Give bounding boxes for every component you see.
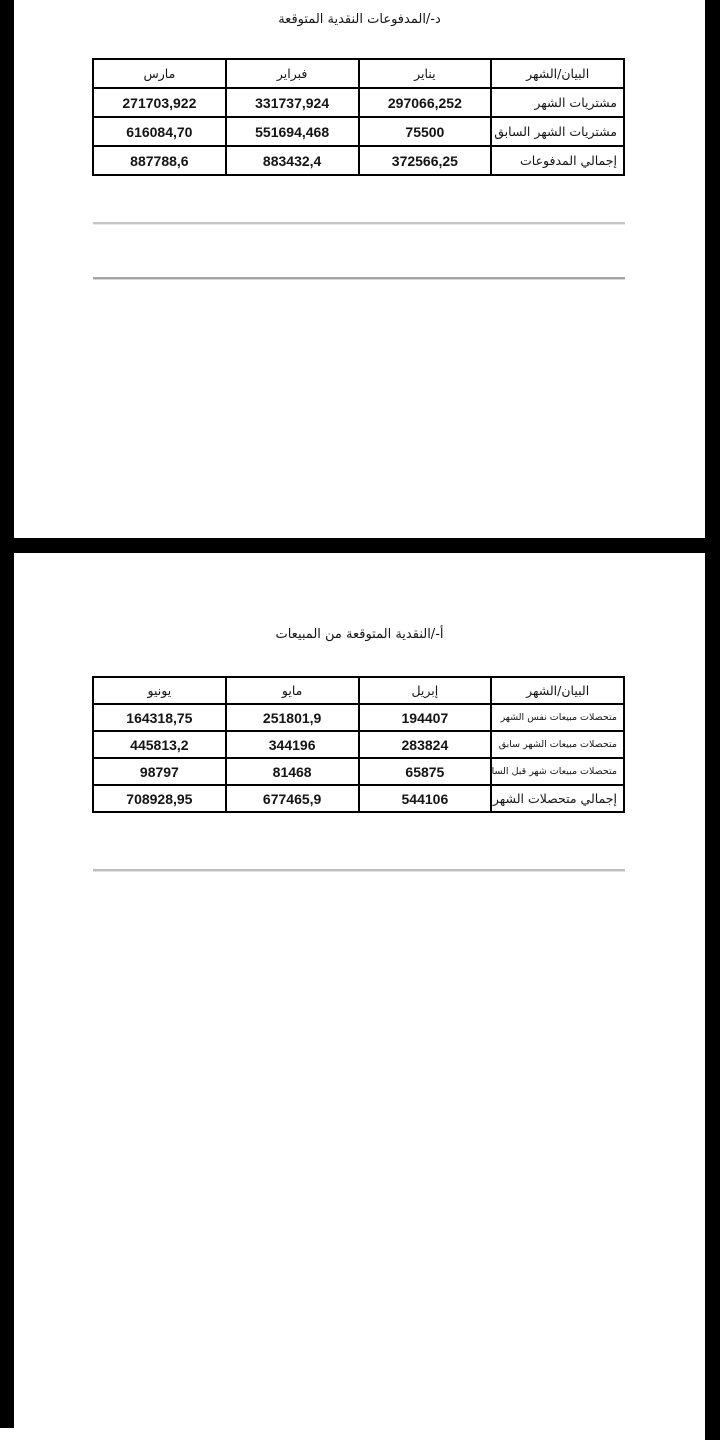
value-cell: 551694,468 — [226, 117, 359, 146]
header-cell-march: مارس — [93, 59, 226, 88]
table-header-row: البيان/الشهر إبريل مايو يونيو — [93, 677, 624, 704]
value-cell: 251801,9 — [226, 704, 359, 731]
row-label-cell: متحصلات مبيعات نفس الشهر — [491, 704, 624, 731]
row-label-cell: مشتريات الشهر السابق — [491, 117, 624, 146]
value-cell: 75500 — [359, 117, 492, 146]
value-cell: 544106 — [359, 785, 492, 812]
value-cell: 708928,95 — [93, 785, 226, 812]
value-cell: 65875 — [359, 758, 492, 785]
header-cell-february: فبراير — [226, 59, 359, 88]
row-label-cell: متحصلات مبيعات الشهر سابق — [491, 731, 624, 758]
page-1-title: د-/المدفوعات النقدية المتوقعة — [14, 12, 705, 27]
page-2: أ-/النقدية المتوقعة من المبيعات البيان/ا… — [14, 553, 705, 1440]
document-viewport: { "pages": [ { "title": "د-/المدفوعات ال… — [0, 0, 720, 1440]
table-row: إجمالي المدفوعات 372566,25 883432,4 8877… — [93, 146, 624, 175]
horizontal-rule — [93, 869, 625, 872]
expected-cash-from-sales-table: البيان/الشهر إبريل مايو يونيو متحصلات مب… — [92, 676, 625, 813]
header-cell-may: مايو — [226, 677, 359, 704]
horizontal-rule — [93, 222, 625, 225]
value-cell: 887788,6 — [93, 146, 226, 175]
value-cell: 616084,70 — [93, 117, 226, 146]
row-label-cell: إجمالي متحصلات الشهر — [491, 785, 624, 812]
table-row: مشتريات الشهر 297066,252 331737,924 2717… — [93, 88, 624, 117]
value-cell: 283824 — [359, 731, 492, 758]
value-cell: 677465,9 — [226, 785, 359, 812]
table-row: متحصلات مبيعات الشهر سابق 283824 344196 … — [93, 731, 624, 758]
header-cell-june: يونيو — [93, 677, 226, 704]
value-cell: 344196 — [226, 731, 359, 758]
bottom-left-notch — [0, 1428, 14, 1440]
header-cell-april: إبريل — [359, 677, 492, 704]
value-cell: 271703,922 — [93, 88, 226, 117]
row-label-cell: متحصلات مبيعات شهر قبل السابق — [491, 758, 624, 785]
header-cell-statement-month: البيان/الشهر — [491, 677, 624, 704]
value-cell: 164318,75 — [93, 704, 226, 731]
table-row: إجمالي متحصلات الشهر 544106 677465,9 708… — [93, 785, 624, 812]
page-1: د-/المدفوعات النقدية المتوقعة البيان/الش… — [14, 0, 705, 538]
value-cell: 372566,25 — [359, 146, 492, 175]
value-cell: 194407 — [359, 704, 492, 731]
row-label-cell: إجمالي المدفوعات — [491, 146, 624, 175]
value-cell: 98797 — [93, 758, 226, 785]
value-cell: 445813,2 — [93, 731, 226, 758]
value-cell: 297066,252 — [359, 88, 492, 117]
value-cell: 81468 — [226, 758, 359, 785]
row-label-cell: مشتريات الشهر — [491, 88, 624, 117]
value-cell: 331737,924 — [226, 88, 359, 117]
horizontal-rule — [93, 277, 625, 280]
table-row: متحصلات مبيعات شهر قبل السابق 65875 8146… — [93, 758, 624, 785]
expected-cash-payments-table: البيان/الشهر يناير فبراير مارس مشتريات ا… — [92, 58, 625, 176]
page-2-title: أ-/النقدية المتوقعة من المبيعات — [14, 627, 705, 642]
header-cell-statement-month: البيان/الشهر — [491, 59, 624, 88]
table-row: متحصلات مبيعات نفس الشهر 194407 251801,9… — [93, 704, 624, 731]
page-separator — [0, 538, 720, 553]
table-header-row: البيان/الشهر يناير فبراير مارس — [93, 59, 624, 88]
value-cell: 883432,4 — [226, 146, 359, 175]
header-cell-january: يناير — [359, 59, 492, 88]
table-row: مشتريات الشهر السابق 75500 551694,468 61… — [93, 117, 624, 146]
